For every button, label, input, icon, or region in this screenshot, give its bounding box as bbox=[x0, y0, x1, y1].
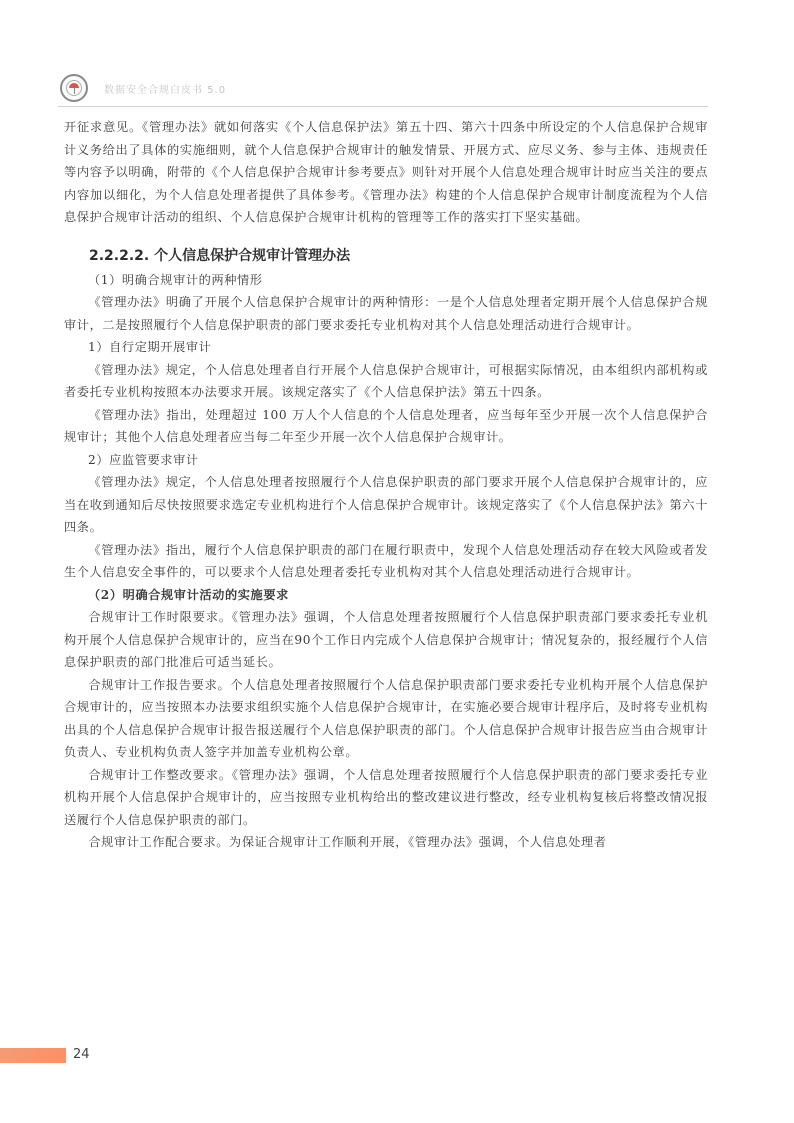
part2-paragraph: 合规审计工作整改要求。《管理办法》强调，个人信息处理者按照履行个人信息保护职责的… bbox=[64, 764, 708, 832]
item2-paragraph: 《管理办法》指出，履行个人信息保护职责的部门在履行职责中，发现个人信息处理活动存… bbox=[64, 539, 708, 584]
part2-paragraph: 合规审计工作报告要求。个人信息处理者按照履行个人信息保护职责部门要求委托专业机构… bbox=[64, 674, 708, 764]
intro-paragraph: 开征求意见。《管理办法》就如何落实《个人信息保护法》第五十四、第六十四条中所设定… bbox=[64, 116, 708, 229]
page-number: 24 bbox=[73, 1047, 90, 1062]
item1-heading: 1）自行定期开展审计 bbox=[64, 336, 708, 359]
umbrella-seal-logo-icon bbox=[60, 74, 88, 102]
item1-paragraph: 《管理办法》指出，处理超过 100 万人个人信息的个人信息处理者，应当每年至少开… bbox=[64, 404, 708, 449]
part1-paragraph: 《管理办法》明确了开展个人信息保护合规审计的两种情形：一是个人信息处理者定期开展… bbox=[64, 291, 708, 336]
umbrella-handle bbox=[74, 88, 75, 94]
part2-paragraph: 合规审计工作时限要求。《管理办法》强调，个人信息处理者按照履行个人信息保护职责部… bbox=[64, 606, 708, 674]
header-divider bbox=[58, 106, 708, 107]
page-body: 开征求意见。《管理办法》就如何落实《个人信息保护法》第五十四、第六十四条中所设定… bbox=[64, 116, 708, 854]
section-heading: 2.2.2.2. 个人信息保护合规审计管理办法 bbox=[89, 245, 708, 267]
part2-paragraph: 合规审计工作配合要求。为保证合规审计工作顺利开展，《管理办法》强调，个人信息处理… bbox=[64, 831, 708, 854]
running-header: 数据安全合规白皮书 5.0 bbox=[58, 72, 708, 108]
item2-heading: 2）应监管要求审计 bbox=[64, 449, 708, 472]
item1-paragraph: 《管理办法》规定，个人信息处理者自行开展个人信息保护合规审计，可根据实际情况，由… bbox=[64, 359, 708, 404]
item2-paragraph: 《管理办法》规定，个人信息处理者按照履行个人信息保护职责的部门要求开展个人信息保… bbox=[64, 471, 708, 539]
part1-heading: （1）明确合规审计的两种情形 bbox=[64, 269, 708, 292]
part2-heading: （2）明确合规审计活动的实施要求 bbox=[64, 584, 708, 607]
header-title: 数据安全合规白皮书 5.0 bbox=[104, 81, 226, 96]
footer-accent-bar bbox=[0, 1048, 66, 1063]
